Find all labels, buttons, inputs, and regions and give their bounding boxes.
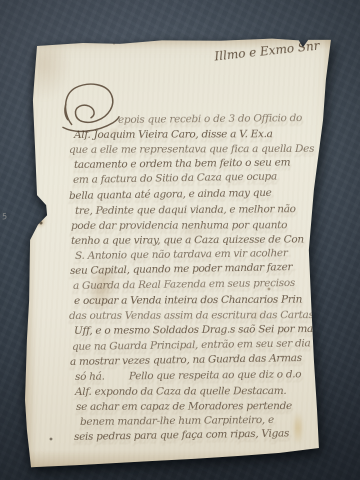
paper-sheet: Illmo e Exmo Snr epois que recebi o de 3… [20, 36, 335, 472]
photo-stage: 5 Illmo e Exmo Snr epois que recebi o de… [0, 0, 360, 480]
manuscript-page: Illmo e Exmo Snr epois que recebi o de 3… [20, 36, 335, 472]
manuscript-body: epois que recebi o de 3 do Officio doepo… [72, 114, 320, 459]
ink-specks [20, 36, 22, 38]
salutation: Illmo e Exmo Snr [208, 38, 327, 65]
edge-tear-fiber [33, 213, 48, 230]
manuscript-line-ghost: seis pedras para que faça com ripas, Vig… [72, 432, 293, 448]
